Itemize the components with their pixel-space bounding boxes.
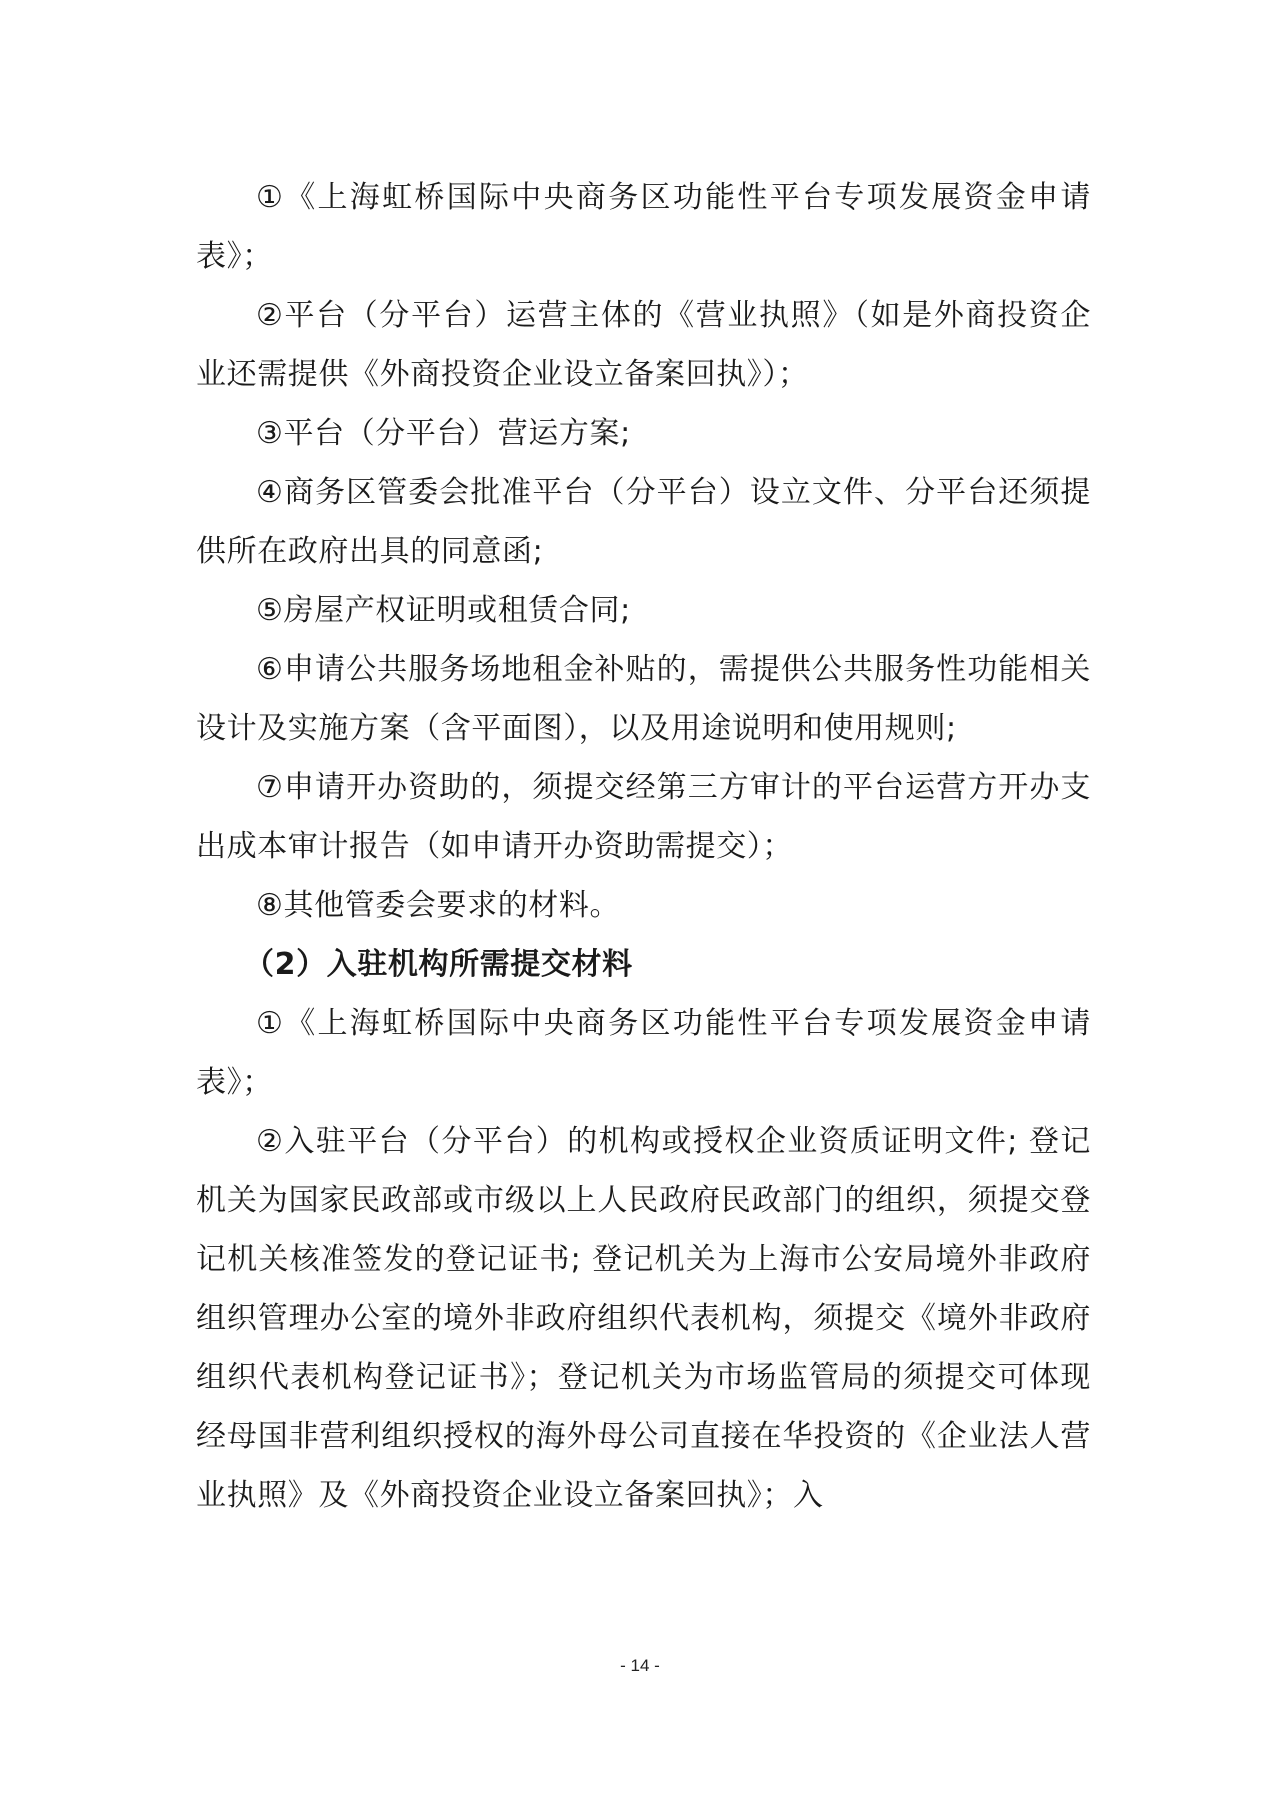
list-item-rent-subsidy: ⑥申请公共服务场地租金补贴的，需提供公共服务性功能相关设计及实施方案（含平面图）… xyxy=(196,640,1091,758)
list-item-property-proof: ⑤房屋产权证明或租赁合同; xyxy=(196,581,1091,640)
list-item-application-form: ①《上海虹桥国际中央商务区功能性平台专项发展资金申请表》； xyxy=(196,168,1091,286)
list-item-operation-plan: ③平台（分平台）营运方案; xyxy=(196,404,1091,463)
list-item-qualification-documents: ②入驻平台（分平台）的机构或授权企业资质证明文件; 登记机关为国家民政部或市级以… xyxy=(196,1112,1091,1525)
list-item-other-materials: ⑧其他管委会要求的材料。 xyxy=(196,876,1091,935)
list-item-application-form-2: ①《上海虹桥国际中央商务区功能性平台专项发展资金申请表》； xyxy=(196,994,1091,1112)
list-item-approval-documents: ④商务区管委会批准平台（分平台）设立文件、分平台还须提供所在政府出具的同意函; xyxy=(196,463,1091,581)
document-page: ①《上海虹桥国际中央商务区功能性平台专项发展资金申请表》； ②平台（分平台）运营… xyxy=(0,0,1280,1810)
document-body: ①《上海虹桥国际中央商务区功能性平台专项发展资金申请表》； ②平台（分平台）运营… xyxy=(196,168,1091,1525)
list-item-startup-funding: ⑦申请开办资助的，须提交经第三方审计的平台运营方开办支出成本审计报告（如申请开办… xyxy=(196,758,1091,876)
page-number: - 14 - xyxy=(0,1656,1280,1676)
section-heading: （2）入驻机构所需提交材料 xyxy=(196,935,1091,994)
list-item-business-license: ②平台（分平台）运营主体的《营业执照》（如是外商投资企业还需提供《外商投资企业设… xyxy=(196,286,1091,404)
